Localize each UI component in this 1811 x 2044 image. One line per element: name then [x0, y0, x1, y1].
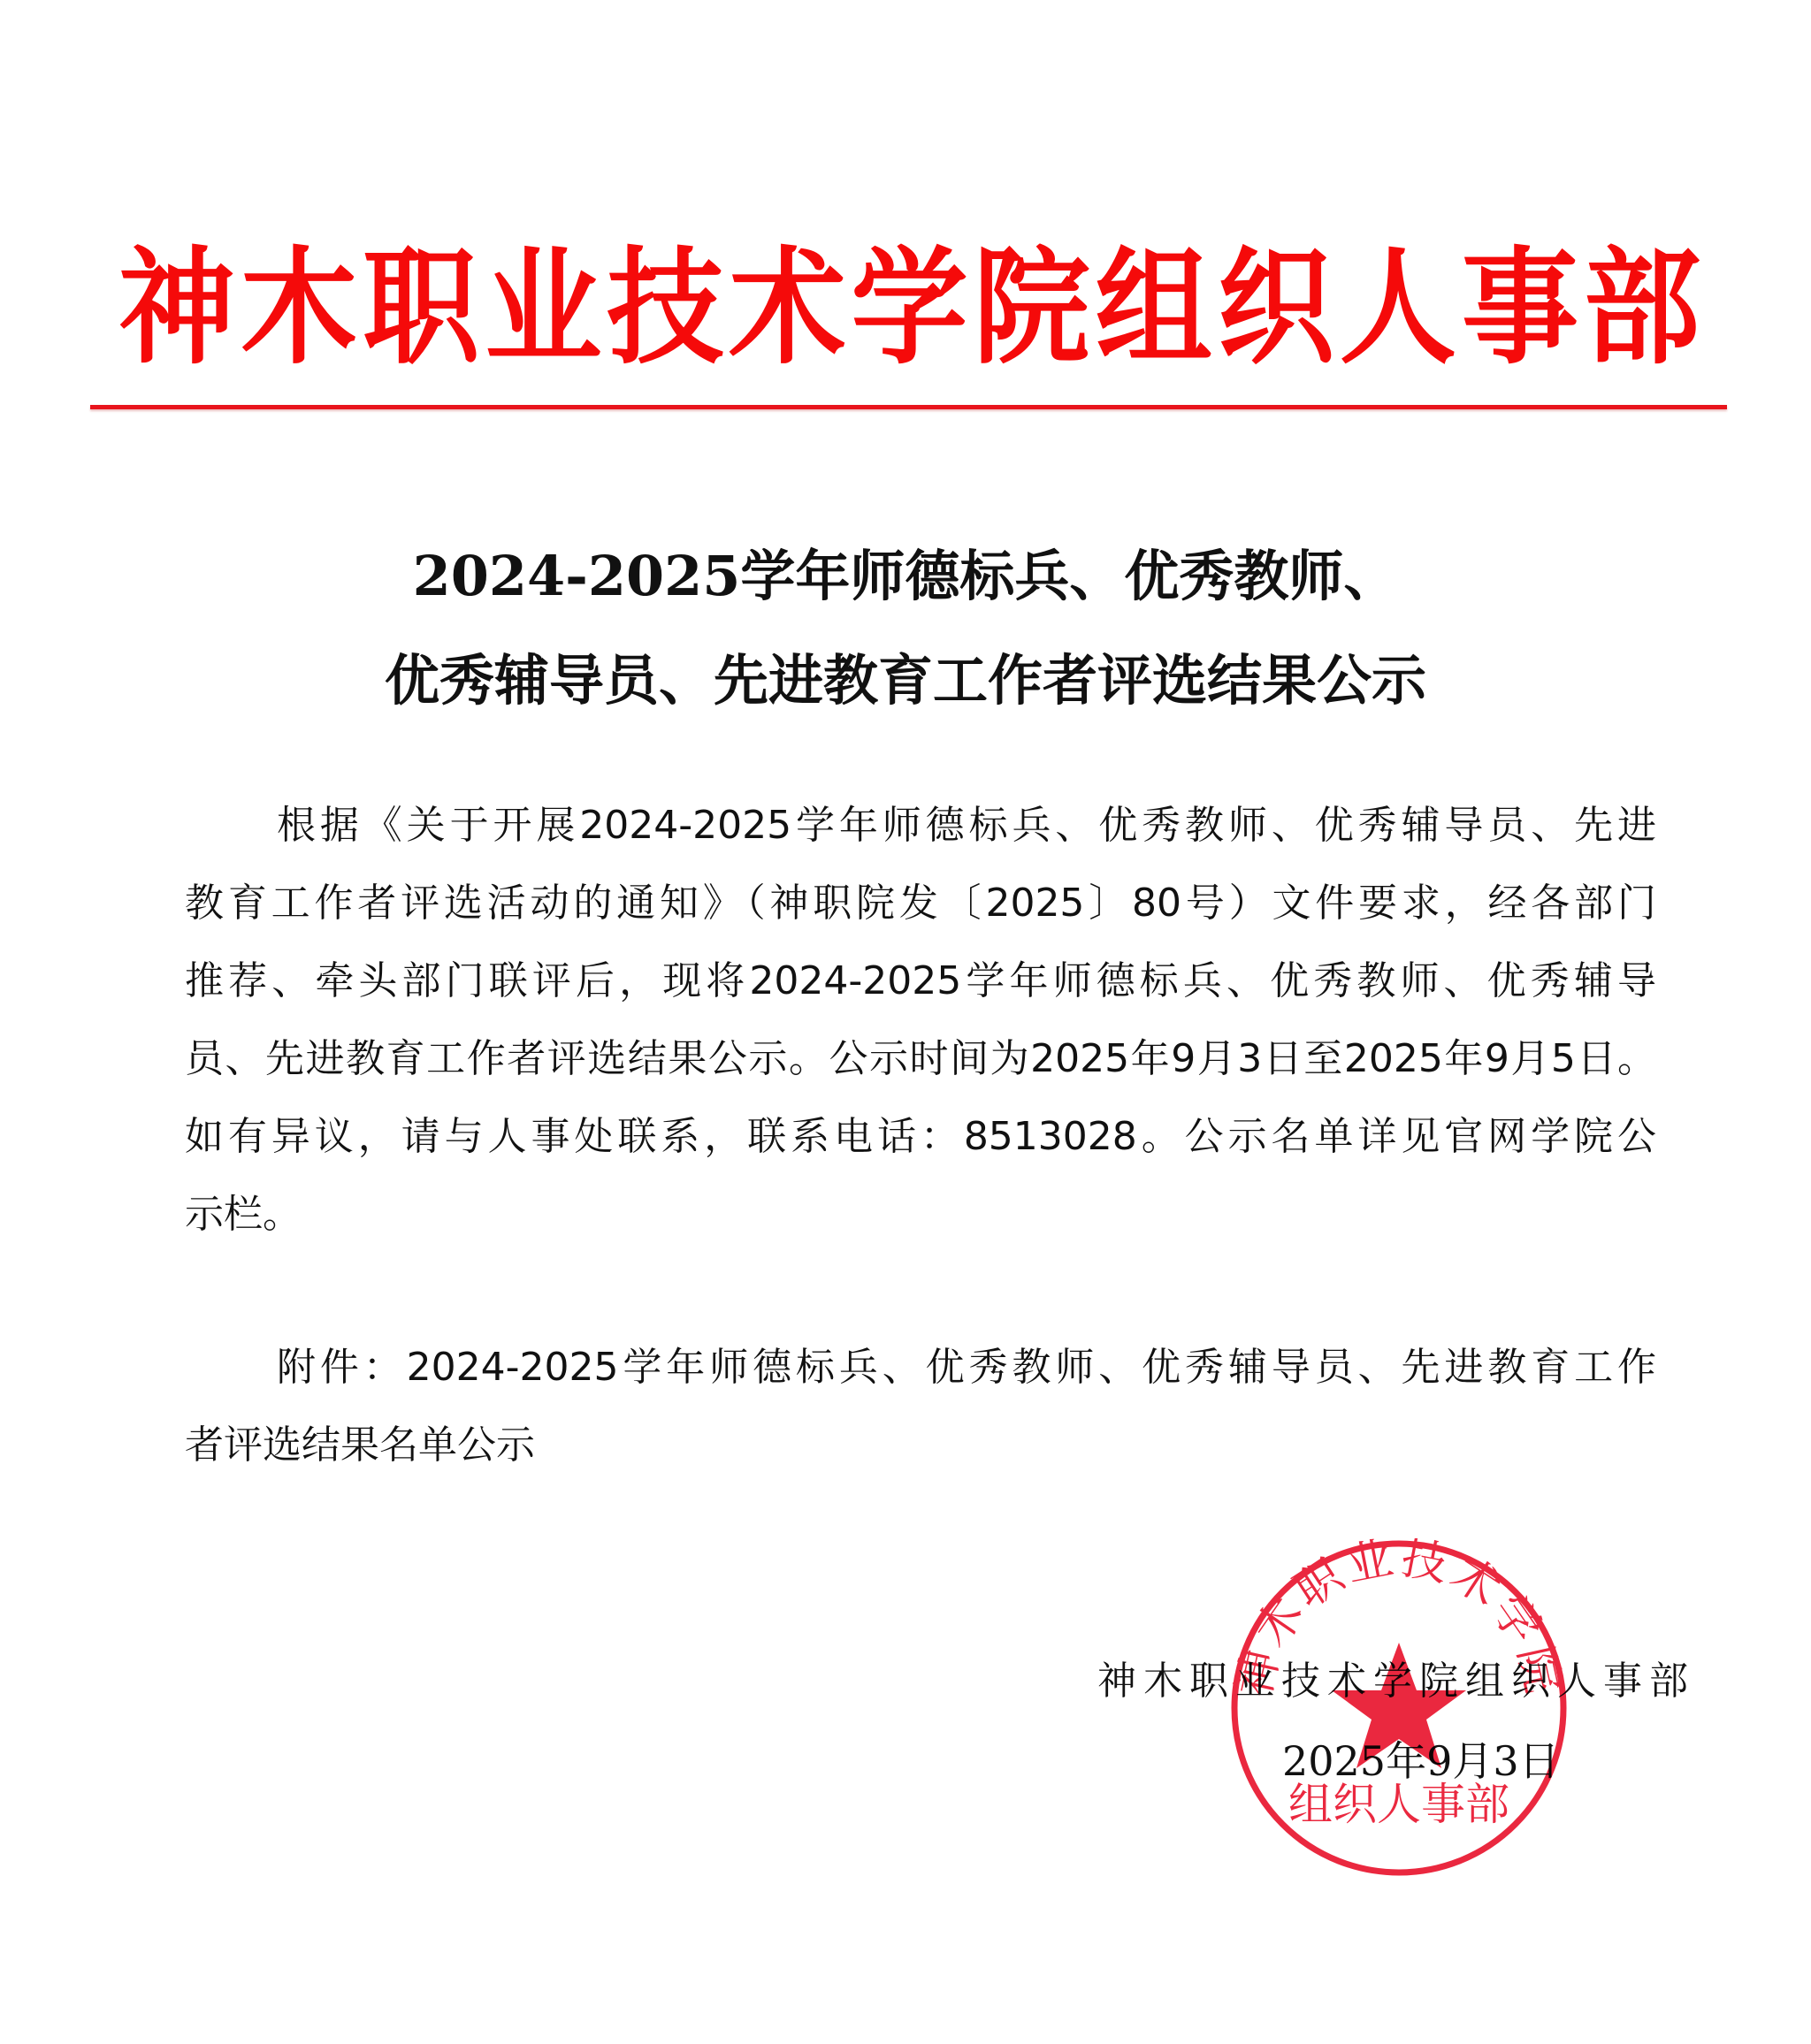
- body-paragraph: 根据《关于开展2024-2025学年师德标兵、优秀教师、优秀辅导员、先进 教育工…: [185, 787, 1656, 1254]
- attachment-note: 附件：2024-2025学年师德标兵、优秀教师、优秀辅导员、先进教育工作 者评选…: [185, 1329, 1656, 1484]
- stamp-bottom-text: 组织人事部: [1288, 1779, 1509, 1830]
- star-icon: [1332, 1643, 1466, 1768]
- body-line: 员、先进教育工作者评选结果公示。公示时间为2025年9月3日至2025年9月5日…: [185, 1020, 1656, 1098]
- attachment-line: 附件：2024-2025学年师德标兵、优秀教师、优秀辅导员、先进教育工作: [185, 1329, 1656, 1407]
- body-line: 根据《关于开展2024-2025学年师德标兵、优秀教师、优秀辅导员、先进: [185, 787, 1656, 865]
- body-line: 教育工作者评选活动的通知》（神职院发〔2025〕80号）文件要求，经各部门: [185, 865, 1656, 942]
- official-seal-stamp: 神木职业技术学院 组织人事部: [1229, 1538, 1569, 1878]
- masthead-title: 神木职业技术学院组织人事部: [118, 237, 1706, 380]
- body-line: 推荐、牵头部门联评后，现将2024-2025学年师德标兵、优秀教师、优秀辅导: [185, 942, 1656, 1020]
- document-title-line-1: 2024-2025学年师德标兵、优秀教师、: [0, 541, 1811, 612]
- body-line: 示栏。: [185, 1176, 1656, 1254]
- document-title-line-2: 优秀辅导员、先进教育工作者评选结果公示: [0, 645, 1811, 716]
- masthead-divider: [90, 405, 1727, 409]
- attachment-line: 者评选结果名单公示: [185, 1407, 1656, 1484]
- body-line: 如有异议，请与人事处联系，联系电话：8513028。公示名单详见官网学院公: [185, 1098, 1656, 1176]
